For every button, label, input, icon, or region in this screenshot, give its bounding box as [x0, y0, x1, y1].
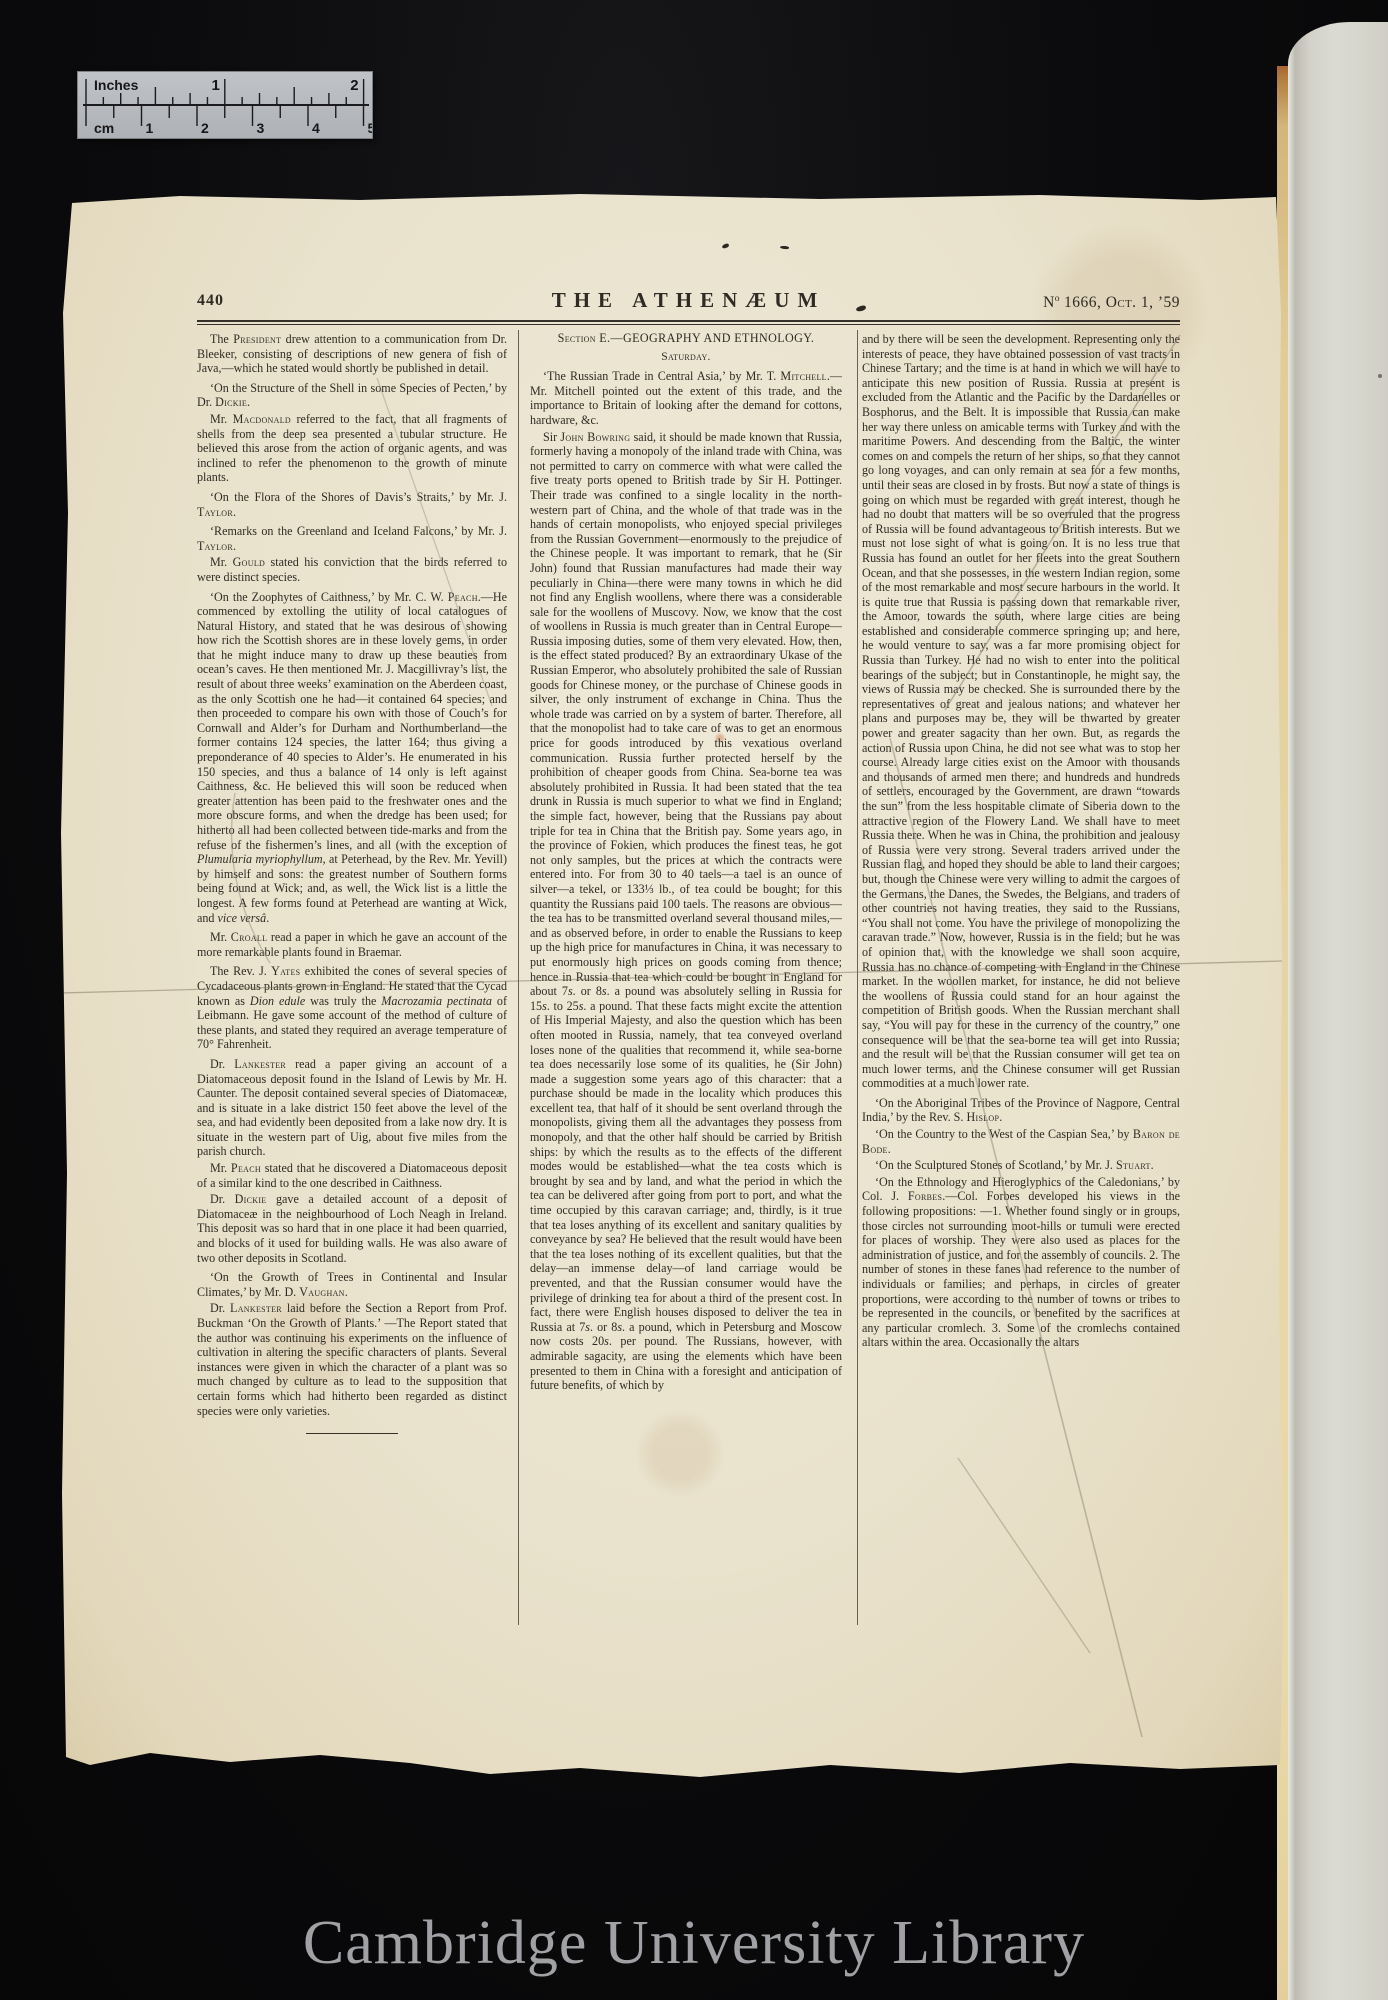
paragraph: ‘On the Zoophytes of Caithness,’ by Mr. … [197, 590, 507, 926]
column-left: The President drew attention to a commun… [197, 330, 507, 1666]
ruler-label: Inches [94, 77, 139, 93]
paragraph: The Rev. J. Yates exhibited the cones of… [197, 964, 507, 1052]
ruler-label: 2 [201, 120, 209, 136]
paragraph: Mr. Gould stated his conviction that the… [197, 555, 507, 584]
paragraph: Dr. Lankester read a paper giving an acc… [197, 1057, 507, 1159]
measuring-ruler: 1212345Inchescm [78, 72, 372, 138]
column-divider [518, 330, 519, 1625]
ink-fleck [780, 246, 789, 250]
issue-number: No 1666, Oct. 1, ’59 [1043, 293, 1180, 312]
paragraph: ‘On the Country to the West of the Caspi… [862, 1127, 1180, 1156]
ruler-label: 1 [211, 77, 219, 94]
paragraph: and by there will be seen the developmen… [862, 332, 1180, 1091]
page-title: THE ATHENÆUM [197, 288, 1180, 313]
column-right: and by there will be seen the developmen… [862, 330, 1180, 1630]
ink-fleck [722, 243, 730, 249]
library-watermark: Cambridge University Library [303, 1908, 1085, 1979]
paragraph: Section E.—GEOGRAPHY AND ETHNOLOGY. [530, 331, 842, 346]
paragraph: ‘The Russian Trade in Central Asia,’ by … [530, 369, 842, 427]
column-divider [857, 330, 858, 1625]
ruler-scale: 1212345Inchescm [78, 72, 372, 138]
ruler-label: 4 [312, 120, 320, 136]
ruler-label: 2 [350, 77, 358, 94]
paragraph: Dr. Lankester laid before the Section a … [197, 1301, 507, 1418]
paragraph: Saturday. [530, 350, 842, 365]
ruler-label: cm [94, 120, 114, 136]
paragraph: Sir John Bowring said, it should be made… [530, 430, 842, 1393]
paragraph: ‘Remarks on the Greenland and Iceland Fa… [197, 524, 507, 553]
scanned-page: 440 THE ATHENÆUM No 1666, Oct. 1, ’59 Th… [60, 193, 1283, 1780]
paragraph: ‘On the Ethnology and Hieroglyphics of t… [862, 1175, 1180, 1350]
paragraph: ‘On the Growth of Trees in Continental a… [197, 1270, 507, 1299]
paragraph: Mr. Peach stated that he discovered a Di… [197, 1161, 507, 1190]
paragraph: Mr. Croall read a paper in which he gave… [197, 930, 507, 959]
paragraph: Mr. Macdonald referred to the fact, that… [197, 412, 507, 485]
paragraph: ‘On the Flora of the Shores of Davis’s S… [197, 490, 507, 519]
page-speck [1378, 374, 1382, 378]
section-end-rule [306, 1433, 398, 1434]
paragraph: ‘On the Structure of the Shell in some S… [197, 381, 507, 410]
ruler-label: 5 [368, 120, 373, 136]
column-middle: Section E.—GEOGRAPHY AND ETHNOLOGY.Satur… [530, 330, 842, 1630]
facing-page-fore-edge [1288, 22, 1388, 2000]
ruler-label: 1 [146, 120, 154, 136]
paragraph: ‘On the Aboriginal Tribes of the Provinc… [862, 1096, 1180, 1125]
header-rule [197, 320, 1180, 325]
paragraph: ‘On the Sculptured Stones of Scotland,’ … [862, 1158, 1180, 1173]
ruler-label: 3 [257, 120, 265, 136]
paragraph: Dr. Dickie gave a detailed account of a … [197, 1192, 507, 1265]
paragraph: The President drew attention to a commun… [197, 332, 507, 376]
